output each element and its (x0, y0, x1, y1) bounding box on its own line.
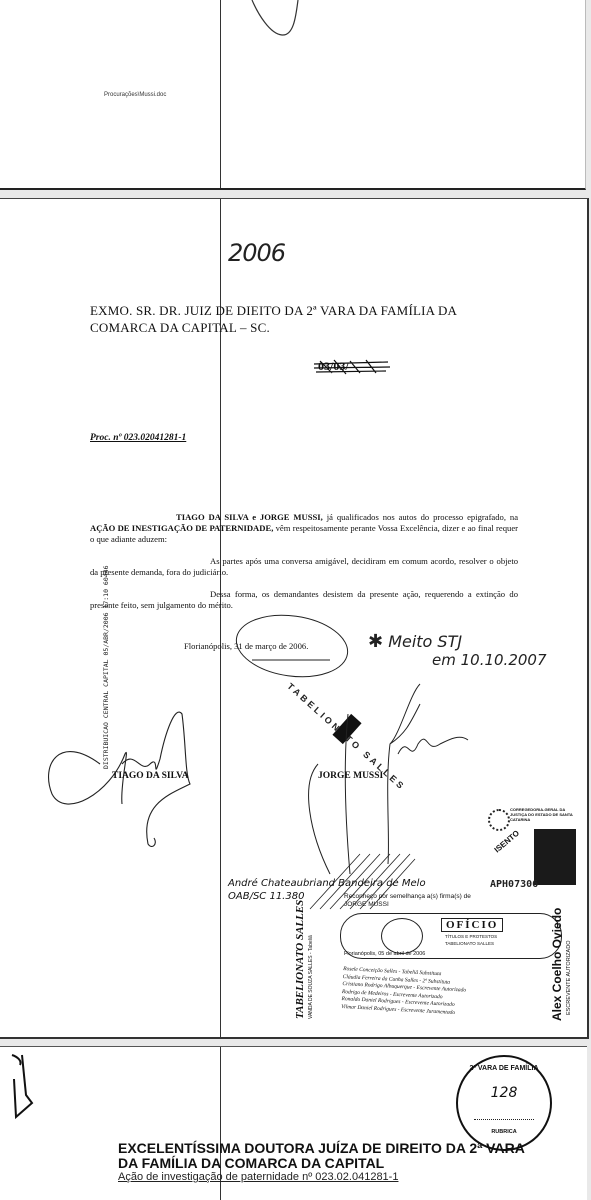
bottom-heading-line-1: EXCELENTÍSSIMA DOUTORA JUÍZA DE DIREITO … (118, 1141, 525, 1156)
handwritten-circle (230, 604, 360, 684)
process-number: Proc. nº 023.02041281-1 (90, 433, 186, 443)
asterisk-icon: ✱ (368, 631, 383, 652)
notary-recognition-stamp: TABELIONATO SALLES VANDA DE SOUZA SALLES… (292, 889, 582, 1029)
recognized-name: JORGE MUSSI (344, 901, 389, 908)
court-stamp: 2ª VARA DE FAMÍLIA 128 RUBRICA (456, 1055, 552, 1151)
crossed-out-date: 03/03/ (318, 359, 349, 374)
notary-subtitle: VANDA DE SOUZA SALLES - Tabeliã (308, 935, 314, 1019)
handwritten-note-date: em 10.10.2007 (432, 651, 547, 669)
clerk-name: Alex Coelho Oviedo (550, 908, 564, 1021)
handwritten-note: ✱ Meito STJ (368, 631, 462, 652)
signature-fragment (240, 0, 310, 45)
signature-circle (381, 918, 423, 954)
bottom-heading: EXCELENTÍSSIMA DOUTORA JUÍZA DE DIREITO … (118, 1141, 525, 1183)
seal-dark-area (534, 829, 576, 885)
clerk-role: ESCREVENTE AUTORIZADO (566, 941, 572, 1015)
petition-body: TIAGO DA SILVA e JORGE MUSSI, já qualifi… (90, 512, 518, 611)
notary-staff-list: Rosele Conceição Salles - Tabeliã Substi… (341, 966, 533, 1021)
recognition-text: Reconheço por semelhança a(s) firma(s) d… (344, 893, 471, 900)
paragraph-2: As partes após uma conversa amigável, de… (90, 556, 518, 578)
bottom-heading-line-2: DA FAMÍLIA DA COMARCA DA CAPITAL (118, 1156, 525, 1171)
state-seal: CORREGEDORIA-GERAL DA JUSTIÇA DO ESTADO … (484, 803, 578, 885)
handwritten-year: 2006 (228, 239, 285, 267)
coat-of-arms-icon (488, 809, 510, 831)
page-fragment-bottom: 2ª VARA DE FAMÍLIA 128 RUBRICA EXCELENTÍ… (0, 1046, 587, 1200)
addressee-line-2: COMARCA DA CAPITAL – SC. (90, 319, 520, 336)
handwriting-fragment (8, 1051, 38, 1121)
page-petition: 2006 EXMO. SR. DR. JUIZ DE DIEITO DA 2ª … (0, 198, 589, 1039)
fold-line (220, 0, 221, 188)
addressee: EXMO. SR. DR. JUIZ DE DIEITO DA 2ª VARA … (90, 302, 520, 336)
addressee-line-1: EXMO. SR. DR. JUIZ DE DIEITO DA 2ª VARA … (90, 302, 520, 319)
bottom-subheading: Ação de investigação de paternidade nº 0… (118, 1171, 525, 1183)
signatory-right: JORGE MUSSI (318, 771, 383, 781)
paragraph-1: TIAGO DA SILVA e JORGE MUSSI, já qualifi… (90, 512, 518, 545)
signatory-left: TIAGO DA SILVA (112, 771, 189, 781)
footer-filename: Procurações\Mussi.doc (104, 92, 166, 98)
page-fragment-top: Procurações\Mussi.doc (0, 0, 586, 190)
notary-title: TABELIONATO SALLES (294, 900, 306, 1019)
notary-location-date: Florianópolis, 05 de abril de 2006 (344, 951, 425, 957)
